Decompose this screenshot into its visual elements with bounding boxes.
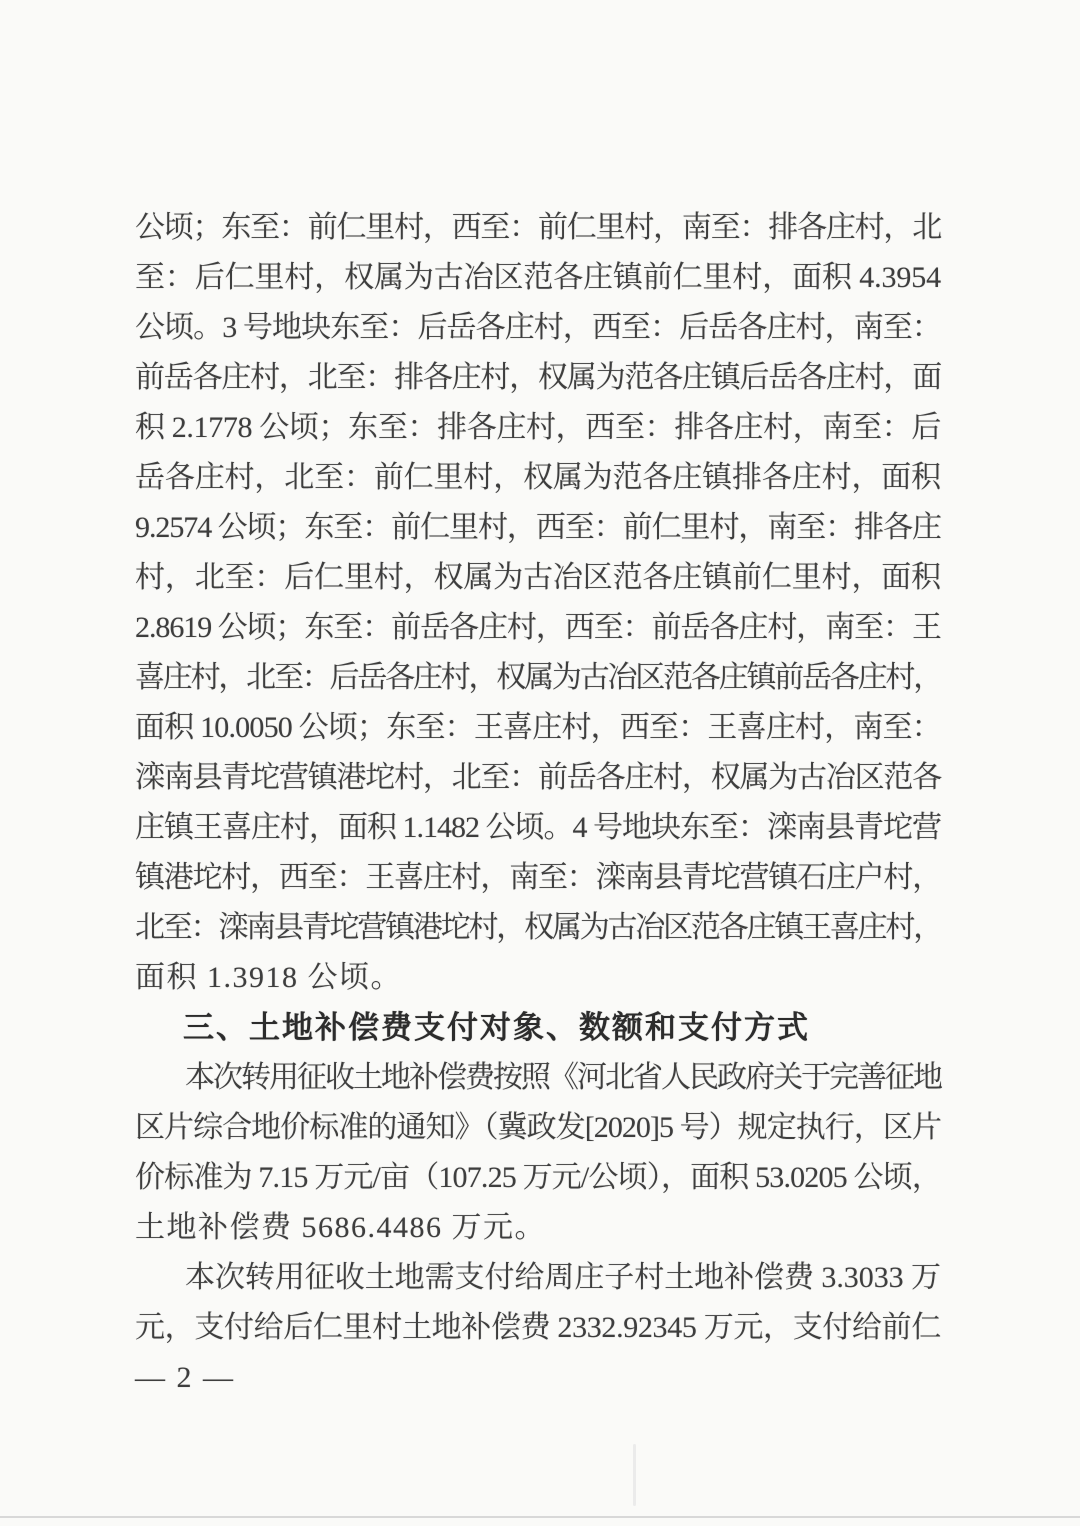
body-line: 前岳各庄村，北至：排各庄村，权属为范各庄镇后岳各庄村，面	[135, 353, 941, 403]
body-line: 本次转用征收土地需支付给周庄子村土地补偿费 3.3033 万	[135, 1253, 941, 1303]
body-line-text: 元，支付给后仁里村土地补偿费 2332.92345 万元，支付给前仁	[135, 1303, 941, 1353]
body-line-text: 庄镇王喜庄村，面积 1.1482 公顷。4 号地块东至：滦南县青坨营	[135, 803, 941, 853]
body-line: 北至：滦南县青坨营镇港坨村，权属为古冶区范各庄镇王喜庄村，	[135, 903, 941, 953]
page-bottom-rule	[0, 1516, 1080, 1518]
body-line: 元，支付给后仁里村土地补偿费 2332.92345 万元，支付给前仁	[135, 1303, 941, 1353]
body-line-text: 岳各庄村，北至：前仁里村，权属为范各庄镇排各庄村，面积	[135, 453, 941, 503]
body-line-text: 本次转用征收土地补偿费按照《河北省人民政府关于完善征地	[185, 1053, 941, 1103]
body-line: 岳各庄村，北至：前仁里村，权属为范各庄镇排各庄村，面积	[135, 453, 941, 503]
body-line: 至：后仁里村，权属为古冶区范各庄镇前仁里村，面积 4.3954	[135, 253, 941, 303]
body-line: 庄镇王喜庄村，面积 1.1482 公顷。4 号地块东至：滦南县青坨营	[135, 803, 941, 853]
body-line: 区片综合地价标准的通知》（冀政发[2020]5 号）规定执行，区片	[135, 1103, 941, 1153]
body-line-text: 区片综合地价标准的通知》（冀政发[2020]5 号）规定执行，区片	[135, 1103, 941, 1153]
body-line-text: 积 2.1778 公顷；东至：排各庄村，西至：排各庄村，南至：后	[135, 403, 941, 453]
body-line: 镇港坨村，西至：王喜庄村，南至：滦南县青坨营镇石庄户村，	[135, 853, 941, 903]
section-heading-text: 三、土地补偿费支付对象、数额和支付方式	[183, 1003, 810, 1053]
body-line: 喜庄村，北至：后岳各庄村，权属为古冶区范各庄镇前岳各庄村，	[135, 653, 941, 703]
body-line: 公顷；东至：前仁里村，西至：前仁里村，南至：排各庄村，北	[135, 203, 941, 253]
body-line: 村，北至：后仁里村，权属为古冶区范各庄镇前仁里村，面积	[135, 553, 941, 603]
document-page: 公顷；东至：前仁里村，西至：前仁里村，南至：排各庄村，北 至：后仁里村，权属为古…	[0, 0, 1080, 1526]
body-line-text: 本次转用征收土地需支付给周庄子村土地补偿费 3.3033 万	[185, 1253, 941, 1303]
paragraph-parcel-boundaries: 公顷；东至：前仁里村，西至：前仁里村，南至：排各庄村，北 至：后仁里村，权属为古…	[135, 203, 941, 1003]
body-line-text: 面积 1.3918 公顷。	[135, 953, 402, 1003]
body-line: 积 2.1778 公顷；东至：排各庄村，西至：排各庄村，南至：后	[135, 403, 941, 453]
body-line-text: 土地补偿费 5686.4486 万元。	[135, 1203, 546, 1253]
paragraph-compensation-standard: 本次转用征收土地补偿费按照《河北省人民政府关于完善征地 区片综合地价标准的通知》…	[135, 1053, 941, 1253]
body-line: 价标准为 7.15 万元/亩（107.25 万元/公顷），面积 53.0205 …	[135, 1153, 941, 1203]
body-line-text: 面积 10.0050 公顷；东至：王喜庄村，西至：王喜庄村，南至：	[135, 703, 941, 753]
body-line: 滦南县青坨营镇港坨村，北至：前岳各庄村，权属为古冶区范各	[135, 753, 941, 803]
body-line-text: 村，北至：后仁里村，权属为古冶区范各庄镇前仁里村，面积	[135, 553, 941, 603]
page-number-text: — 2 —	[135, 1361, 235, 1394]
body-line-text: 9.2574 公顷；东至：前仁里村，西至：前仁里村，南至：排各庄	[135, 503, 941, 553]
body-line: 公顷。3 号地块东至：后岳各庄村，西至：后岳各庄村，南至：	[135, 303, 941, 353]
body-line-text: 前岳各庄村，北至：排各庄村，权属为范各庄镇后岳各庄村，面	[135, 353, 941, 403]
body-line-text: 2.8619 公顷；东至：前岳各庄村，西至：前岳各庄村，南至：王	[135, 603, 941, 653]
body-line: 土地补偿费 5686.4486 万元。	[135, 1203, 941, 1253]
body-line: 9.2574 公顷；东至：前仁里村，西至：前仁里村，南至：排各庄	[135, 503, 941, 553]
body-line: 本次转用征收土地补偿费按照《河北省人民政府关于完善征地	[135, 1053, 941, 1103]
body-line: 面积 10.0050 公顷；东至：王喜庄村，西至：王喜庄村，南至：	[135, 703, 941, 753]
paragraph-compensation-payments: 本次转用征收土地需支付给周庄子村土地补偿费 3.3033 万 元，支付给后仁里村…	[135, 1253, 941, 1353]
body-line-text: 公顷；东至：前仁里村，西至：前仁里村，南至：排各庄村，北	[135, 203, 941, 253]
body-line-text: 北至：滦南县青坨营镇港坨村，权属为古冶区范各庄镇王喜庄村，	[135, 903, 941, 953]
page-number: — 2 —	[135, 1358, 235, 1398]
body-line-text: 至：后仁里村，权属为古冶区范各庄镇前仁里村，面积 4.3954	[135, 253, 941, 303]
body-line: 2.8619 公顷；东至：前岳各庄村，西至：前岳各庄村，南至：王	[135, 603, 941, 653]
body-line-text: 公顷。3 号地块东至：后岳各庄村，西至：后岳各庄村，南至：	[135, 303, 941, 353]
body-line-text: 价标准为 7.15 万元/亩（107.25 万元/公顷），面积 53.0205 …	[135, 1153, 941, 1203]
body-line: 面积 1.3918 公顷。	[135, 953, 941, 1003]
scan-artifact	[633, 1444, 636, 1506]
text-block: 公顷；东至：前仁里村，西至：前仁里村，南至：排各庄村，北 至：后仁里村，权属为古…	[135, 203, 941, 1353]
body-line-text: 滦南县青坨营镇港坨村，北至：前岳各庄村，权属为古冶区范各	[135, 753, 941, 803]
section-heading: 三、土地补偿费支付对象、数额和支付方式	[135, 1003, 941, 1053]
body-line-text: 喜庄村，北至：后岳各庄村，权属为古冶区范各庄镇前岳各庄村，	[135, 653, 941, 703]
body-line-text: 镇港坨村，西至：王喜庄村，南至：滦南县青坨营镇石庄户村，	[135, 853, 941, 903]
